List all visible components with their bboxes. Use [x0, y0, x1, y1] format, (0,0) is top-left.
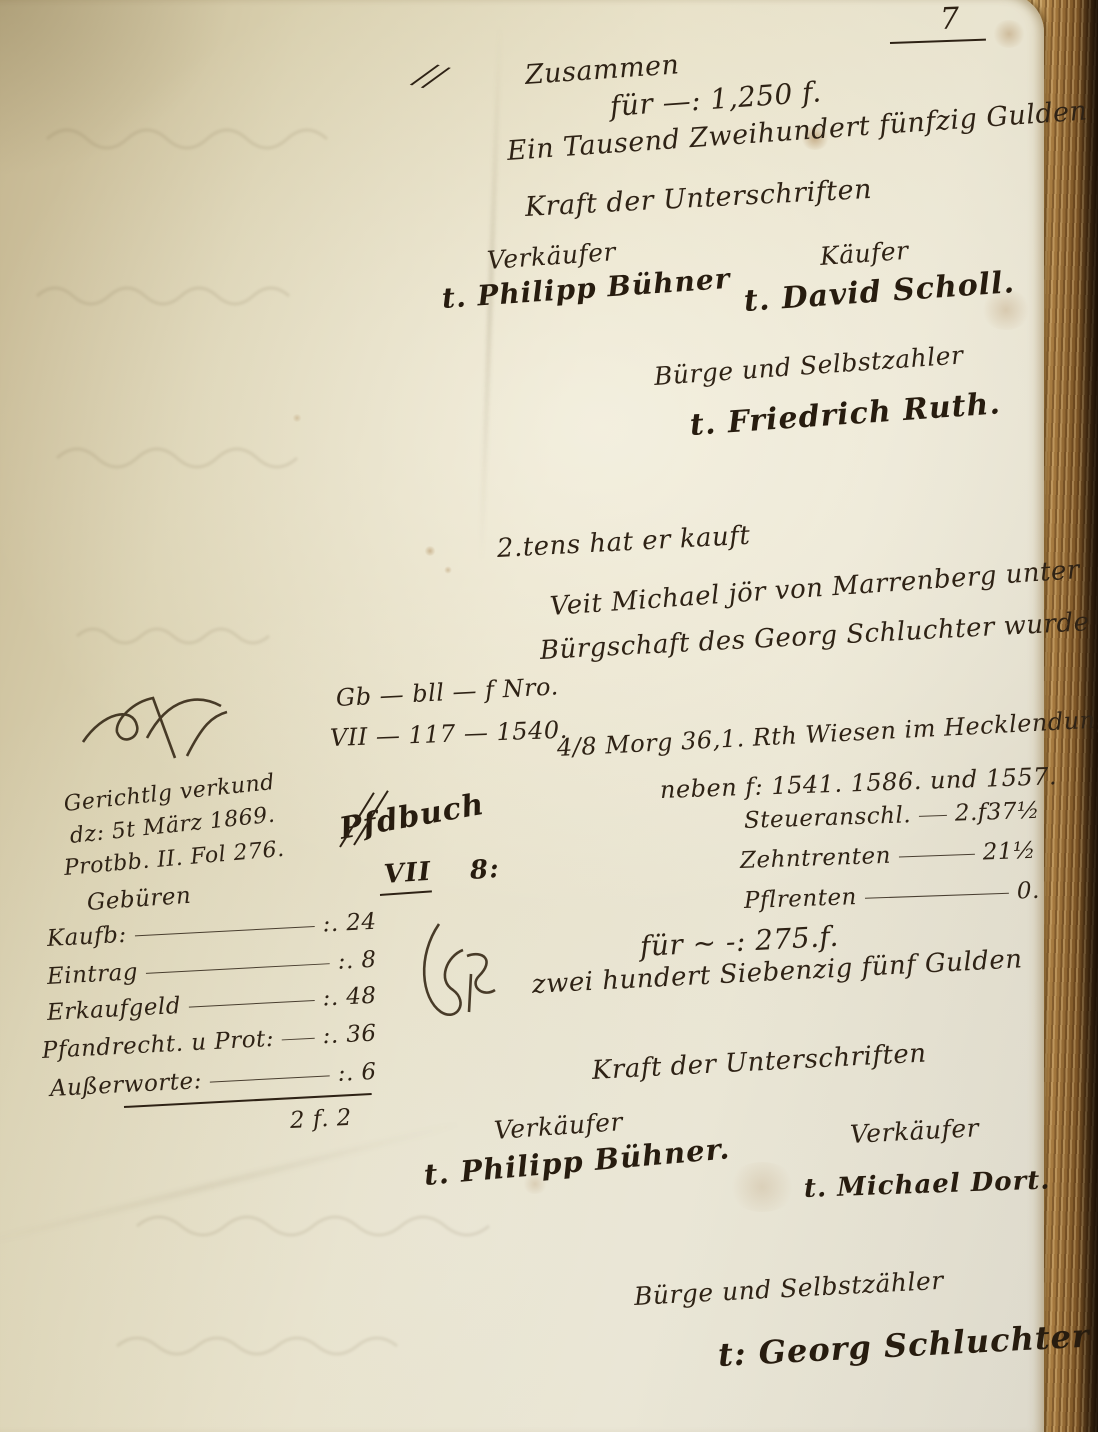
charge-label: Pflrenten — [744, 884, 858, 914]
fee-value: :. 6 — [337, 1059, 377, 1087]
kraft-der-unterschriften-line: Kraft der Unterschriften — [524, 174, 873, 223]
bleed-through-squiggle — [32, 274, 332, 314]
fee-value: :. 36 — [322, 1020, 377, 1049]
seller-signature: t. Philipp Bühner. — [423, 1131, 732, 1192]
dash-filler — [188, 987, 314, 1007]
fee-label: Pfandrecht. u Prot: — [41, 1026, 274, 1064]
buyer-signature: t. Michael Dort. — [803, 1165, 1050, 1204]
charge-label: Zehntrenten — [740, 843, 892, 874]
fee-value: :. 8 — [337, 947, 377, 975]
buyer-signature: t. David Scholl. — [743, 265, 1016, 319]
fee-row: Eintrag :. 8 — [46, 947, 377, 990]
fees-total: 2 f. 2 — [289, 1105, 352, 1134]
kraft-der-unterschriften-line: Kraft der Unterschriften — [591, 1038, 927, 1085]
bleed-through-squiggle — [52, 434, 352, 474]
parcel-description: 4/8 Morg 36,1. Rth Wiesen im Hecklendung — [556, 705, 1098, 762]
fee-label: Erkaufgeld — [46, 993, 181, 1026]
ink-stain — [727, 1162, 797, 1212]
dash-filler — [919, 802, 947, 817]
buyer-label: Verkäufer — [849, 1113, 980, 1149]
fee-label: Kaufb: — [46, 922, 127, 952]
charge-value: 2.f37½ — [954, 798, 1040, 827]
bleed-through-squiggle — [132, 1204, 552, 1244]
surety-signature: t: Georg Schluchter — [717, 1317, 1091, 1374]
surety-label: Bürge und Selbstzahler — [653, 340, 964, 391]
dash-filler — [281, 1025, 314, 1040]
seller-label: Verkäufer — [493, 1107, 624, 1145]
page-number-underline — [890, 39, 986, 44]
charge-value: 21½ — [982, 838, 1036, 866]
ink-stain — [444, 566, 452, 574]
fee-value: :. 48 — [322, 983, 377, 1012]
charge-value: 0. — [1016, 878, 1040, 905]
book-page: 7 ∕∕ Zusammen für —: 1,250 f. Ein Tausen… — [0, 0, 1044, 1432]
dash-filler — [864, 880, 1008, 899]
page-number: 7 — [939, 1, 960, 37]
pfandbuch-volume-underline — [380, 890, 432, 896]
fee-label: Eintrag — [46, 959, 138, 990]
sum-label: Zusammen — [524, 49, 680, 91]
photographed-register-page: 7 ∕∕ Zusammen für —: 1,250 f. Ein Tausen… — [0, 0, 1098, 1432]
bleed-through-squiggle — [112, 1324, 472, 1364]
buyer-label: Käufer — [819, 236, 909, 271]
parcel-neighbours: neben f: 1541. 1586. und 1557. — [660, 762, 1058, 804]
bleed-through-squiggle — [72, 614, 312, 654]
ink-stain — [292, 414, 302, 422]
charge-row: Pflrenten 0. — [744, 878, 1041, 914]
seller-label: Verkäufer — [486, 237, 617, 275]
fee-value: :. 24 — [322, 909, 377, 938]
dash-filler — [899, 841, 975, 857]
register-ref-values: VII — 117 — 1540. — [330, 716, 569, 752]
fee-label: Außerworte: — [49, 1068, 202, 1102]
check-slash-mark: ∕∕ — [409, 56, 452, 95]
surety-signature: t. Friedrich Ruth. — [689, 386, 1002, 443]
surety-label: Bürge und Selbstzähler — [633, 1266, 944, 1311]
ink-stain — [992, 20, 1026, 48]
charge-row: Zehntrenten 21½ — [740, 838, 1037, 874]
pfandbuch-volume: VII — [383, 857, 432, 890]
pfandbuch-page: 8: — [469, 854, 501, 886]
dash-filler — [145, 951, 329, 974]
dash-filler — [134, 913, 315, 936]
ink-stain — [424, 546, 436, 556]
charge-row: Steueranschl. 2.f37½ — [744, 798, 1041, 834]
paraph-mark-1 — [77, 686, 237, 770]
fee-row: Pfandrecht. u Prot: :. 36 — [41, 1020, 377, 1063]
fee-row: Erkaufgeld :. 48 — [46, 983, 377, 1026]
dash-filler — [209, 1063, 330, 1083]
seller-signature: t. Philipp Bühner — [441, 262, 732, 315]
register-ref-header: Gb — bll — f Nro. — [335, 672, 559, 712]
bleed-through-squiggle — [42, 114, 362, 154]
charge-label: Steueranschl. — [744, 802, 912, 834]
fees-title: Gebüren — [86, 883, 192, 916]
entry-heading: 2.tens hat er kauft — [496, 521, 751, 564]
paraph-mark-2 — [407, 916, 517, 1028]
